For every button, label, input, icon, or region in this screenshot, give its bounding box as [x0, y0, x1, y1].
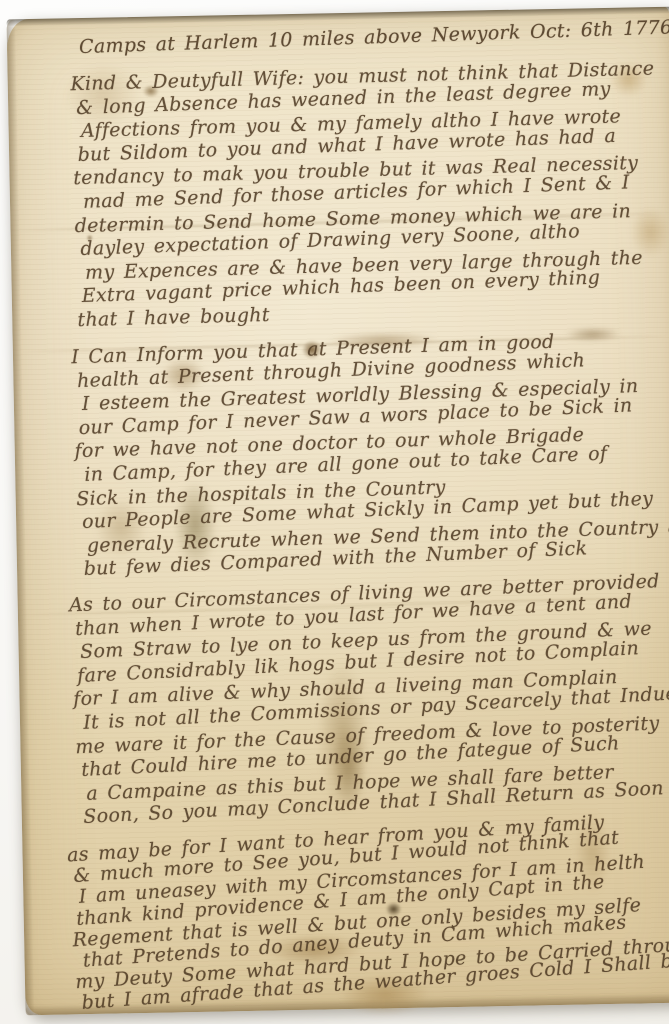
letter-paragraph: Kind & Deutyfull Wife: you must not thin…: [70, 55, 669, 332]
letter-paragraph: as may be for I want to hear from you & …: [67, 806, 669, 1015]
photo-background: Camps at Harlem 10 miles above Newyork O…: [0, 0, 669, 1024]
paper-left-edge: [7, 19, 35, 1015]
letter-paragraph: As to our Circomstances of living we are…: [69, 568, 669, 830]
letter-text: Camps at Harlem 10 miles above Newyork O…: [63, 23, 669, 1016]
letter-paper: Camps at Harlem 10 miles above Newyork O…: [7, 7, 669, 1016]
letter-dateline: Camps at Harlem 10 miles above Newyork O…: [79, 14, 669, 60]
letter-paragraph: I Can Inform you that at Present I am in…: [71, 325, 669, 582]
letter-paragraphs: Kind & Deutyfull Wife: you must not thin…: [64, 62, 669, 1016]
